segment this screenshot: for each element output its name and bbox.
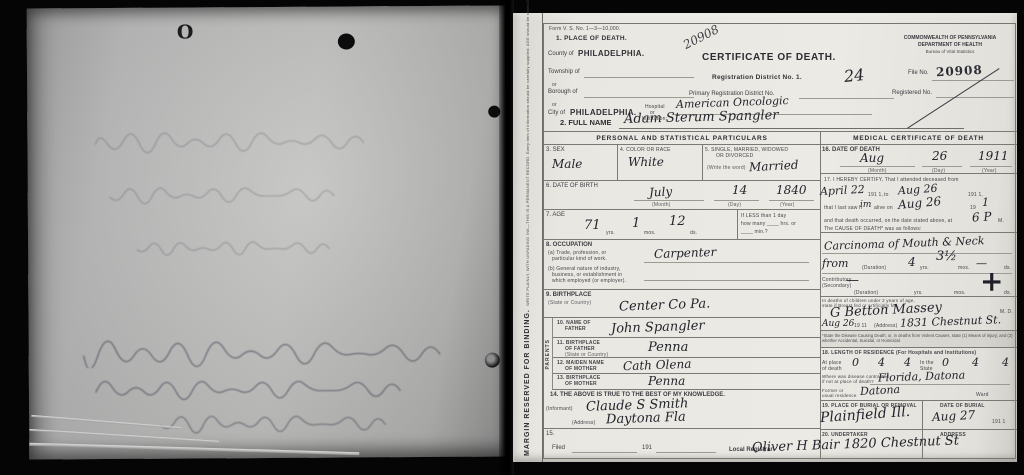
primary-reg-line (799, 98, 894, 99)
mother-name-row: 12. MAIDEN NAME OF MOTHER Cath Olena (553, 358, 820, 374)
age-ds-unit: ds. (690, 230, 697, 236)
marital-hint: (Write the word) (707, 165, 746, 171)
file-no-label: File No. (908, 70, 929, 77)
former-label-2: usual residence (822, 393, 857, 399)
contributory-value: — (846, 273, 859, 288)
occupation-note-b3: which employed (or employer). (552, 278, 626, 284)
stamp-o-mark: O (177, 21, 194, 43)
or-label-2: or (552, 102, 557, 108)
occupation-label: 8. OCCUPATION (546, 242, 592, 249)
alive-on-label: alive on (874, 205, 893, 211)
borough-label: Borough of (548, 89, 577, 96)
file-no-value: 20908 (936, 63, 983, 79)
file-number-scribble: 20908 (681, 22, 721, 52)
attended-from-date: April 22 (820, 183, 865, 198)
plus-pen-mark: + (980, 265, 1003, 298)
bleedthrough-writing (123, 237, 333, 265)
duration-mos-unit: mos. (958, 265, 970, 271)
sign-address-value: 1831 Chestnut St. (900, 313, 1002, 330)
cause-of-death-block: Carcinoma of Mouth & Neck from (Duration… (820, 233, 1017, 297)
father-birthplace-row: 11. BIRTHPLACE OF FATHER (State or Count… (553, 338, 820, 358)
bleedthrough-writing (88, 182, 338, 213)
primary-reg-label: Primary Registration District No. (689, 91, 774, 98)
former-residence-value: Datona (860, 383, 901, 398)
marital-value: Married (749, 158, 799, 175)
occupation-row: 8. OCCUPATION (a) Trade, profession, or … (544, 240, 820, 290)
duration2-ds-unit: ds. (1004, 290, 1011, 296)
occupation-value: Carpenter (654, 245, 717, 261)
informant-address-label: (Address) (572, 420, 595, 426)
dod-month: Aug (860, 151, 884, 165)
fine-print-text: *State the Disease Causing Death; or, in… (822, 333, 1014, 343)
burial-date-value: Aug 27 (932, 408, 976, 424)
father-label-2: FATHER (565, 326, 586, 332)
duration-yrs: 4 (908, 255, 916, 269)
cause-intro: The CAUSE OF DEATH* was as follows: (824, 226, 922, 232)
county-value: PHILADELPHIA. (578, 49, 645, 58)
res2-ds: 4 (1002, 356, 1009, 369)
primary-reg-value: 24 (843, 65, 865, 86)
age-years: 71 (584, 218, 601, 233)
ward-label: Ward (976, 392, 989, 398)
full-name-line (619, 128, 964, 129)
filed-year: 191 (642, 445, 652, 452)
dod-year: 1911 (978, 149, 1009, 163)
township-label: Township of (548, 69, 580, 76)
medical-section-title: MEDICAL CERTIFICATE OF DEATH (820, 132, 1017, 145)
personal-section-title: PERSONAL AND STATISTICAL PARTICULARS (544, 132, 820, 145)
hole-punch-bottom (485, 353, 500, 368)
age-mos-unit: mos. (644, 230, 656, 236)
mother-birthplace-row: 13. BIRTHPLACE OF MOTHER Penna (553, 374, 820, 390)
form-number: Form V. S. No. 1—3—10,000. (549, 26, 620, 32)
from-year: 191 1, (868, 192, 883, 198)
birthplace-row: 9. BIRTHPLACE (State or Country) Center … (544, 290, 820, 318)
duration2-mos-unit: mos. (954, 290, 966, 296)
filed-no: 15. (546, 431, 554, 438)
registered-no-label: Registered No. (892, 90, 932, 97)
to-year: 191 1, (968, 192, 983, 198)
age-row: 7. AGE 71 yrs. 1 mos. 12 ds. If LESS tha… (544, 210, 820, 240)
birthplace-hint: (State or Country) (548, 300, 591, 306)
hint-year: (Year) (780, 202, 795, 208)
hint-day: (Day) (728, 202, 741, 208)
cause-from: from (822, 257, 848, 270)
age-days: 12 (669, 214, 686, 229)
color-value: White (628, 155, 664, 169)
certificate-form: Form V. S. No. 1—3—10,000. 1. PLACE OF D… (543, 23, 1016, 459)
alive-year-hw: 1 (982, 196, 989, 209)
filed-label: Filed (552, 445, 565, 452)
father-name-value: John Spangler (611, 318, 705, 336)
registered-no-line (936, 97, 1014, 98)
birthplace-label: 9. BIRTHPLACE (546, 292, 591, 299)
occurred-label: and that death occurred, on the date sta… (824, 218, 952, 224)
res2-mos: 4 (972, 356, 979, 369)
death-certificate-page: MARGIN RESERVED FOR BINDING. WRITE PLAIN… (513, 13, 1017, 462)
bleedthrough-writing (84, 374, 404, 409)
cause-value: Carcinoma of Mouth & Neck (824, 234, 985, 253)
res2-yrs: 0 (942, 356, 949, 369)
death-time-m: M. (998, 218, 1004, 224)
age-yrs-unit: yrs. (606, 230, 615, 236)
hint-month: (Month) (652, 202, 671, 208)
hole-punch-top (338, 33, 355, 49)
margin-bold-text: MARGIN RESERVED FOR BINDING. (524, 309, 531, 456)
sign-address-label: (Address) (874, 323, 897, 329)
fine-print-block: *State the Disease Causing Death; or, in… (820, 331, 1017, 348)
dod-day: 26 (932, 149, 947, 163)
dob-day: 14 (732, 183, 747, 197)
county-label: County of (548, 51, 574, 58)
mother-bp-label-2: OF MOTHER (565, 381, 597, 387)
age-note-1: If LESS than 1 day (741, 213, 786, 219)
duration2-label: (Duration) (854, 290, 878, 296)
certify-block: 17. I HEREBY CERTIFY, That I attended de… (820, 174, 1017, 233)
binding-margin: MARGIN RESERVED FOR BINDING. WRITE PLAIN… (513, 13, 543, 462)
informant-address-value: Daytona Fla (606, 410, 686, 428)
date-of-death-row: 16. DATE OF DEATH Aug 26 1911 (Month) (D… (820, 145, 1017, 174)
age-label: 7. AGE (546, 212, 565, 219)
mother-label-2: OF MOTHER (565, 366, 597, 372)
informant-row: 14. THE ABOVE IS TRUE TO THE BEST OF MY … (544, 390, 820, 429)
color-label: 4. COLOR OR RACE (620, 147, 671, 153)
last-saw-hw: im (860, 200, 871, 210)
to-word: to (884, 192, 889, 198)
burial-row: 19. PLACE OF BURIAL OR REMOVAL Plainfiel… (820, 401, 1017, 430)
last-saw-label: that I last saw h (824, 205, 862, 211)
township-line (584, 77, 694, 78)
death-time-value: 6 P (972, 209, 992, 224)
duration2-yrs-unit: yrs. (914, 290, 923, 296)
burial-date-year: 191 1 (992, 419, 1006, 425)
father-name-row: 10. NAME OF FATHER John Spangler (553, 318, 820, 338)
mother-birthplace-value: Penna (648, 374, 685, 388)
page-edge (29, 443, 359, 456)
birthplace-value: Center Co Pa. (619, 296, 711, 314)
dob-label: 6. DATE OF BIRTH (546, 183, 598, 190)
sex-label: 3. SEX (546, 147, 565, 154)
marital-label-2: OR DIVORCED (716, 153, 753, 159)
signature-block: In deaths of children under 2 years of a… (820, 297, 1017, 331)
full-name-value: Adam Sterum Spangler (624, 108, 779, 127)
margin-small-text-1: WRITE PLAINLY, WITH UNFADING INK—THIS IS… (525, 0, 530, 306)
at-place-label-2: of death (822, 366, 842, 372)
certificate-title: CERTIFICATE OF DEATH. (684, 52, 854, 63)
duration-label: (Duration) (862, 265, 886, 271)
sign-year: 19 11 (854, 323, 867, 329)
alive-date: Aug 26 (897, 194, 941, 212)
signed-md: M. D. (1000, 309, 1013, 315)
registration-district: Registration District No. 1. (712, 74, 802, 81)
residence-block: 18. LENGTH OF RESIDENCE (For Hospitals a… (820, 348, 1017, 401)
scanned-death-certificate-page: O MARGIN RESERVED (0, 0, 1024, 475)
bureau-label: Bureau of Vital Statistics (886, 49, 1014, 54)
sex-race-marital-row: 3. SEX Male 4. COLOR OR RACE White 5. SI… (544, 145, 820, 181)
book-spine (499, 0, 514, 475)
dob-year: 1840 (776, 183, 807, 197)
mother-name-value: Cath Olena (623, 357, 692, 373)
sign-date: Aug 26 (822, 319, 854, 329)
bleedthrough-writing (67, 126, 367, 159)
res1-yrs: 0 (852, 356, 859, 369)
informant-label: (Informant) (546, 406, 573, 412)
full-name-label: 2. FULL NAME (560, 118, 612, 127)
dept-label: DEPARTMENT OF HEALTH (886, 42, 1014, 48)
place-of-death-label: 1. PLACE OF DEATH. (556, 35, 627, 42)
dob-month: July (649, 184, 673, 199)
commonwealth-label: COMMONWEALTH OF PENNSYLVANIA (886, 35, 1014, 41)
sex-value: Male (552, 157, 582, 171)
age-months: 1 (632, 216, 640, 231)
age-note-3: ____ min.? (741, 229, 768, 235)
left-book-page: O (27, 6, 508, 460)
res1-ds: 4 (904, 356, 911, 369)
duration-mos: 3½ (936, 249, 957, 264)
age-note-2: how many ____ hrs. or (741, 221, 796, 227)
father-birthplace-value: Penna (648, 340, 688, 355)
city-label: City of (548, 110, 565, 117)
res1-mos: 4 (878, 356, 885, 369)
contracted-value: Florida, Datona (878, 368, 966, 384)
bleedthrough-writing (64, 336, 444, 373)
duration-yrs-unit: yrs. (920, 265, 929, 271)
occupation-note-a2: particular kind of work. (552, 256, 607, 262)
parents-vertical-label: PARENTS (544, 318, 553, 390)
or-label-1: or (552, 82, 557, 88)
date-of-birth-row: 6. DATE OF BIRTH July 14 1840 (Month) (D… (544, 181, 820, 210)
residence-label: 18. LENGTH OF RESIDENCE (For Hospitals a… (822, 350, 976, 356)
certify-line-1: 17. I HEREBY CERTIFY, That I attended de… (824, 177, 959, 183)
file-no-line (932, 80, 1014, 81)
duration-ds-unit: ds. (1004, 265, 1011, 271)
